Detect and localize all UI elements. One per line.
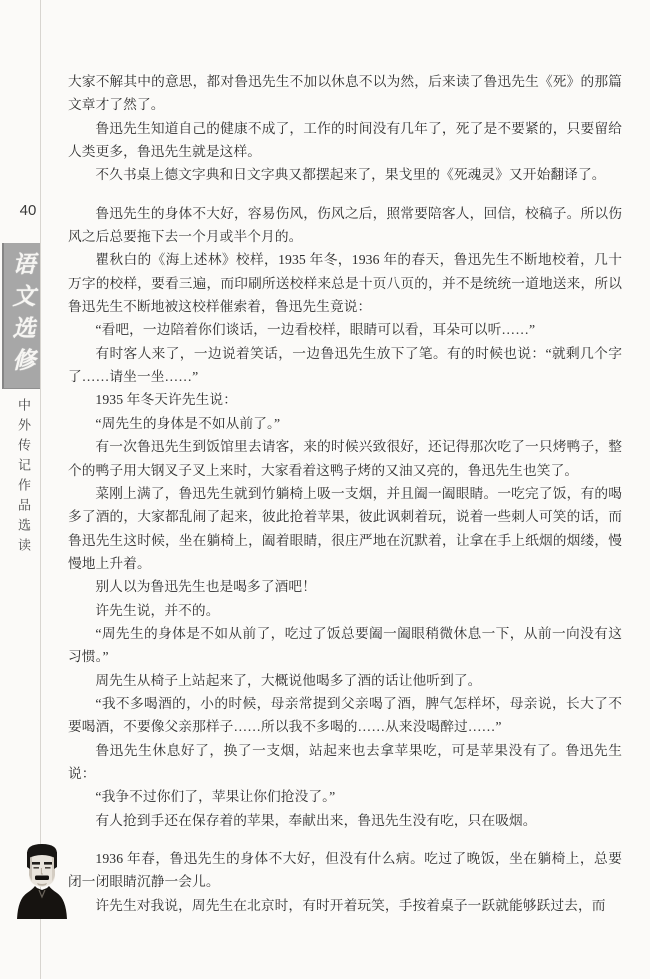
- body-text-column: 大家不解其中的意思，都对鲁迅先生不加以休息不以为然，后来读了鲁迅先生《死》的那篇…: [68, 70, 622, 917]
- page-number: 40: [16, 202, 40, 219]
- textbook-page-scan: 40 语文选修 中外传记作品选读 大家不解其中的意思，都对鲁迅先生不加以休息不以…: [0, 0, 650, 979]
- paragraph: “看吧，一边陪着你们谈话，一边看校样，眼睛可以看，耳朵可以听……”: [68, 318, 622, 341]
- paragraph: “我不多喝酒的，小的时候，母亲常提到父亲喝了酒，脾气怎样坏，母亲说，长大了不要喝…: [68, 692, 622, 739]
- paragraph: “周先生的身体是不如从前了，吃过了饭总要阖一阖眼稍微休息一下，从前一向没有这习惯…: [68, 622, 622, 669]
- paragraph: 鲁迅先生知道自己的健康不成了，工作的时间没有几年了，死了是不要紧的，只要留给人类…: [68, 117, 622, 164]
- paragraph: 不久书桌上德文字典和日文字典又都摆起来了，果戈里的《死魂灵》又开始翻译了。: [68, 163, 622, 186]
- paragraph: 瞿秋白的《海上述林》校样，1935 年冬，1936 年的春天，鲁迅先生不断地校着…: [68, 248, 622, 318]
- paragraph: 有人抢到手还在保存着的苹果，奉献出来，鲁迅先生没有吃，只在吸烟。: [68, 809, 622, 832]
- lu-xun-portrait-image: [13, 841, 71, 919]
- paragraph: 有一次鲁迅先生到饭馆里去请客，来的时候兴致很好，还记得那次吃了一只烤鸭子，整个的…: [68, 435, 622, 482]
- paragraph: 1935 年冬天许先生说：: [68, 388, 622, 411]
- series-title-vertical: 语文选修: [11, 252, 34, 380]
- series-subtitle-vertical: 中外传记作品选读: [17, 398, 30, 558]
- paragraph: 菜刚上满了，鲁迅先生就到竹躺椅上吸一支烟，并且阖一阖眼睛。一吃完了饭，有的喝多了…: [68, 482, 622, 575]
- paragraph: 有时客人来了，一边说着笑话，一边鲁迅先生放下了笔。有的时候也说：“就剩几个字了……: [68, 342, 622, 389]
- paragraph: 周先生从椅子上站起来了，大概说他喝多了酒的话让他听到了。: [68, 669, 622, 692]
- paragraph: “我争不过你们了，苹果让你们抢没了。”: [68, 785, 622, 808]
- series-banner: 语文选修: [2, 243, 40, 389]
- paragraph: 鲁迅先生的身体不大好，容易伤风，伤风之后，照常要陪客人，回信，校稿子。所以伤风之…: [68, 202, 622, 249]
- paragraph: 1936 年春，鲁迅先生的身体不大好，但没有什么病。吃过了晚饭，坐在躺椅上，总要…: [68, 847, 622, 894]
- paragraph: 大家不解其中的意思，都对鲁迅先生不加以休息不以为然，后来读了鲁迅先生《死》的那篇…: [68, 70, 622, 117]
- paragraph: 许先生说，并不的。: [68, 599, 622, 622]
- paragraph: 许先生对我说，周先生在北京时，有时开着玩笑，手按着桌子一跃就能够跃过去，而: [68, 894, 622, 917]
- sidebar-divider-rule: [40, 0, 41, 979]
- paragraph: 别人以为鲁迅先生也是喝多了酒吧！: [68, 575, 622, 598]
- paragraph: “周先生的身体是不如从前了。”: [68, 412, 622, 435]
- paragraph: 鲁迅先生休息好了，换了一支烟，站起来也去拿苹果吃，可是苹果没有了。鲁迅先生说：: [68, 739, 622, 786]
